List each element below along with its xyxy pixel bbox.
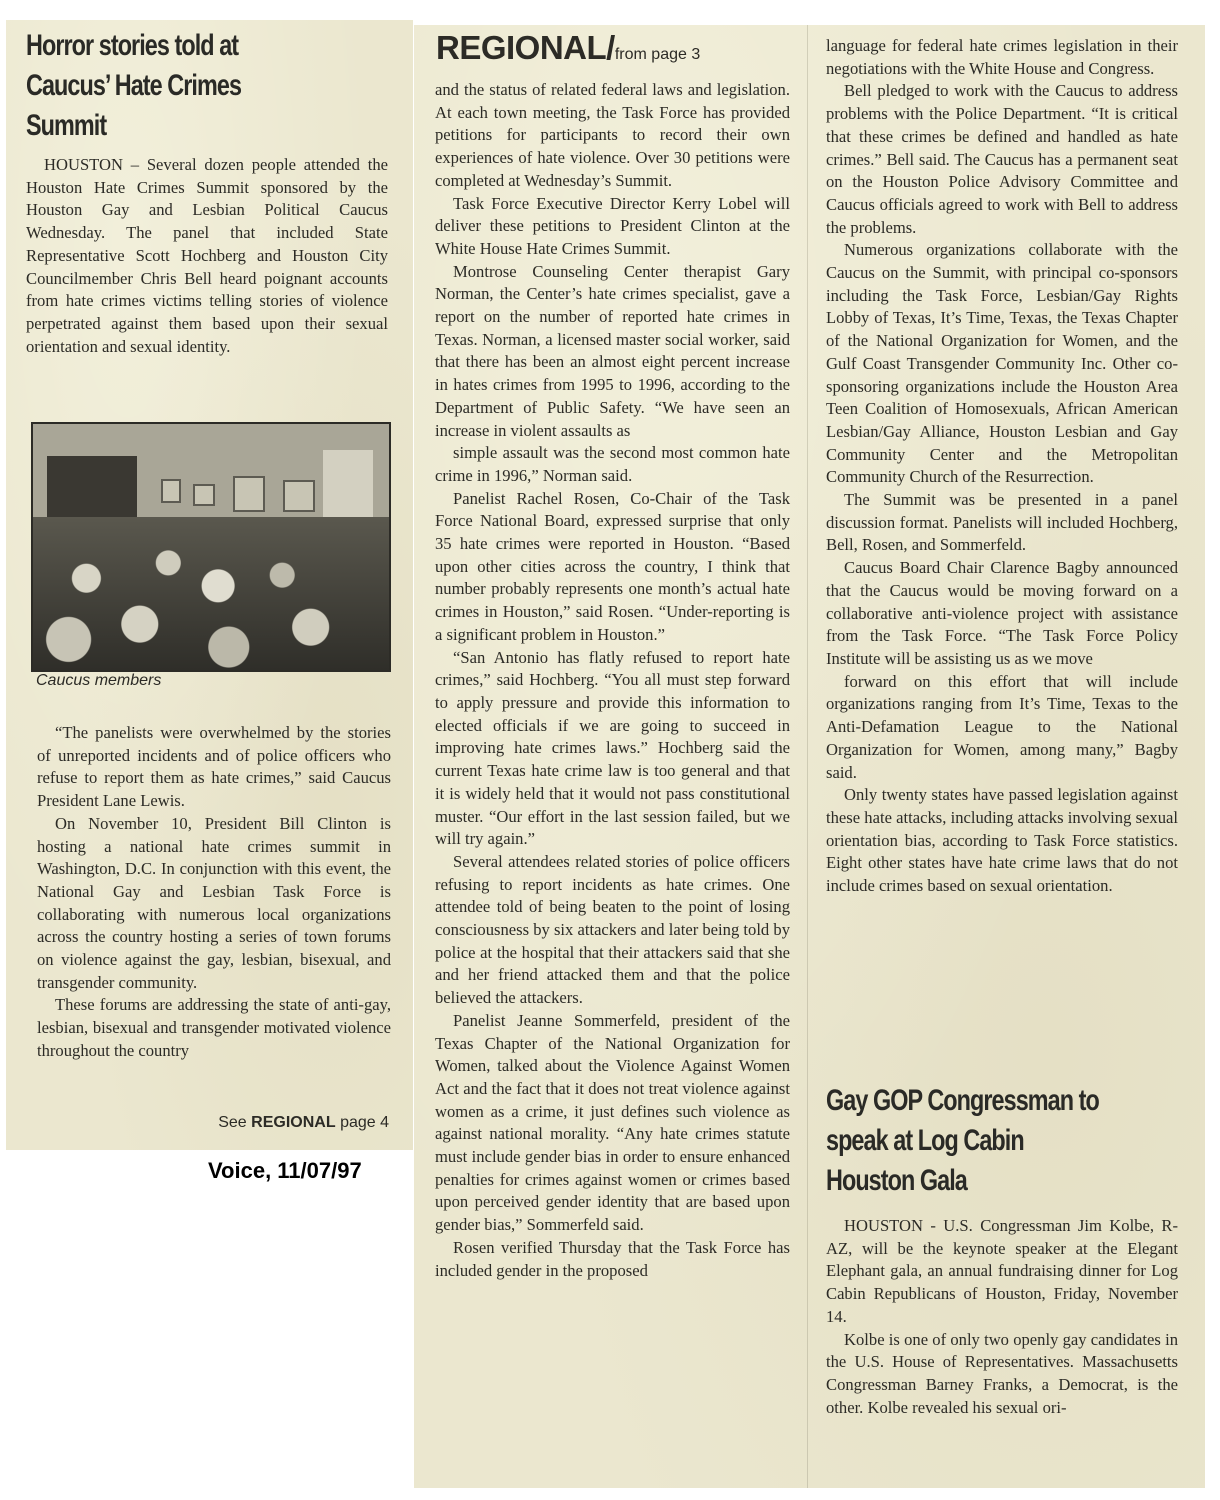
paragraph: Panelist Jeanne Sommerfeld, president of… [435, 1010, 790, 1237]
paragraph: Several attendees related stories of pol… [435, 851, 790, 1010]
paragraph: Numerous organizations collaborate with … [826, 239, 1178, 489]
article-body-top: HOUSTON – Several dozen people attended … [26, 154, 388, 358]
paragraph: and the status of related federal laws a… [435, 79, 790, 193]
regional-column-2: language for federal hate crimes legisla… [826, 35, 1178, 898]
caucus-members-photo [31, 422, 391, 672]
paragraph: “San Antonio has flatly refused to repor… [435, 647, 790, 851]
regional-column-1: and the status of related federal laws a… [435, 79, 790, 1282]
paragraph: forward on this effort that will include… [826, 671, 1178, 785]
paragraph: Task Force Executive Director Kerry Lobe… [435, 193, 790, 261]
paragraph: On November 10, President Bill Clinton i… [37, 813, 391, 995]
paragraph: simple assault was the second most commo… [435, 442, 790, 487]
regional-continuation-header: REGIONAL/from page 3 [436, 29, 700, 67]
headline-line: Gay GOP Congressman to [826, 1081, 1099, 1121]
headline-line: Houston Gala [826, 1161, 1099, 1201]
paragraph: Kolbe is one of only two openly gay cand… [826, 1329, 1178, 1420]
paragraph: HOUSTON – Several dozen people attended … [26, 154, 388, 358]
article-body-bottom: “The panelists were overwhelmed by the s… [37, 722, 391, 1063]
headline-line: Caucus’ Hate Crimes [26, 66, 241, 106]
headline-horror-stories: Horror stories told at Caucus’ Hate Crim… [26, 26, 302, 146]
paragraph: Panelist Rachel Rosen, Co-Chair of the T… [435, 488, 790, 647]
headline-gay-gop-congressman: Gay GOP Congressman to speak at Log Cabi… [826, 1081, 1176, 1201]
source-date-label: Voice, 11/07/97 [208, 1158, 362, 1184]
paragraph: Caucus Board Chair Clarence Bagby announ… [826, 557, 1178, 671]
photo-caption: Caucus members [36, 672, 161, 690]
paragraph: “The panelists were overwhelmed by the s… [37, 722, 391, 813]
jump-line: See REGIONAL page 4 [218, 1114, 389, 1132]
from-page-label: from page 3 [615, 46, 700, 63]
left-clipping: Horror stories told at Caucus’ Hate Crim… [6, 20, 413, 1150]
second-article-body: HOUSTON - U.S. Congressman Jim Kolbe, R-… [826, 1215, 1178, 1419]
paragraph: HOUSTON - U.S. Congressman Jim Kolbe, R-… [826, 1215, 1178, 1329]
paragraph: Only twenty states have passed legislati… [826, 784, 1178, 898]
right-clipping: REGIONAL/from page 3 and the status of r… [414, 25, 1205, 1488]
paragraph: These forums are addressing the state of… [37, 994, 391, 1062]
section-label: REGIONAL/ [436, 29, 615, 66]
paragraph: Bell pledged to work with the Caucus to … [826, 80, 1178, 239]
column-divider [807, 25, 808, 1488]
headline-line: Summit [26, 106, 241, 146]
paragraph: Rosen verified Thursday that the Task Fo… [435, 1237, 790, 1282]
headline-line: speak at Log Cabin [826, 1121, 1099, 1161]
paragraph: The Summit was be presented in a panel d… [826, 489, 1178, 557]
paragraph: Montrose Counseling Center therapist Gar… [435, 261, 790, 443]
headline-line: Horror stories told at [26, 26, 241, 66]
paragraph: language for federal hate crimes legisla… [826, 35, 1178, 80]
